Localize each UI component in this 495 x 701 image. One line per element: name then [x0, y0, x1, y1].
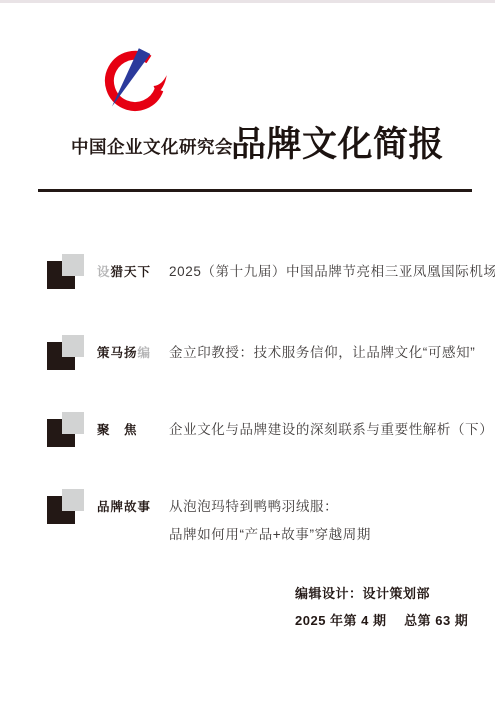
toc-item-label: 设猎天下 [97, 258, 151, 286]
toc-item-title: 2025（第十九届）中国品牌节亮相三亚凤凰国际机场 [169, 258, 495, 286]
toc-item: 聚 焦 企业文化与品牌建设的深刻联系与重要性解析（下） [0, 410, 495, 482]
label-segment: 猎天下 [111, 265, 152, 279]
bullet-gray-square-icon [62, 489, 84, 511]
toc-item: 策马扬编 金立印教授：技术服务信仰，让品牌文化“可感知” [0, 333, 495, 405]
toc-item-title: 企业文化与品牌建设的深刻联系与重要性解析（下） [169, 416, 493, 444]
issue-info: 2025 年第 4 期 总第 63 期 [295, 607, 468, 634]
toc-item: 品牌故事 从泡泡玛特到鸭鸭羽绒服：品牌如何用“产品+故事”穿越周期 [0, 487, 495, 559]
bullet-gray-square-icon [62, 254, 84, 276]
newsletter-cover-page: 中国企业文化研究会 品牌文化简报 设猎天下 2025（第十九届）中国品牌节亮相三… [0, 0, 495, 701]
toc-item-label: 品牌故事 [97, 493, 151, 521]
bullet-gray-square-icon [62, 412, 84, 434]
editor-credit: 编辑设计：设计策划部 [295, 580, 468, 607]
title-line: 2025（第十九届）中国品牌节亮相三亚凤凰国际机场 [169, 258, 495, 286]
title-line: 企业文化与品牌建设的深刻联系与重要性解析（下） [169, 416, 493, 444]
label-segment: 编 [138, 346, 152, 360]
title-line: 品牌如何用“产品+故事”穿越周期 [169, 521, 371, 549]
toc-item: 设猎天下 2025（第十九届）中国品牌节亮相三亚凤凰国际机场 [0, 252, 495, 324]
title-line: 金立印教授：技术服务信仰，让品牌文化“可感知” [169, 339, 475, 367]
label-segment: 聚 焦 [97, 423, 138, 437]
footer-block: 编辑设计：设计策划部 2025 年第 4 期 总第 63 期 [295, 580, 468, 634]
toc-item-title: 金立印教授：技术服务信仰，让品牌文化“可感知” [169, 339, 475, 367]
toc-item-label: 聚 焦 [97, 416, 138, 444]
toc-item-title: 从泡泡玛特到鸭鸭羽绒服：品牌如何用“产品+故事”穿越周期 [169, 493, 371, 549]
label-segment: 策马扬 [97, 346, 138, 360]
title-line: 从泡泡玛特到鸭鸭羽绒服： [169, 493, 371, 521]
label-segment: 设 [97, 265, 111, 279]
label-segment: 品牌故事 [97, 500, 151, 514]
toc-item-label: 策马扬编 [97, 339, 151, 367]
bullet-gray-square-icon [62, 335, 84, 357]
